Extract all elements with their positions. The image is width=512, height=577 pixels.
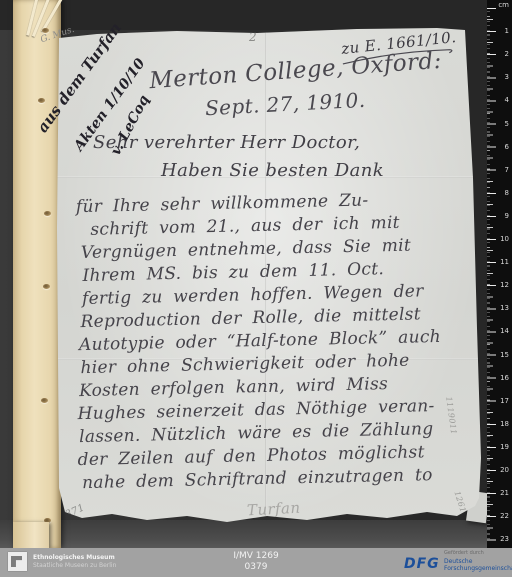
stitch-hole xyxy=(38,98,45,103)
shelfmark-block: I/MV 1269 0379 xyxy=(176,551,336,572)
scan-page-number: 0379 xyxy=(176,562,336,572)
museum-logo-icon xyxy=(8,552,27,571)
stitch-hole xyxy=(41,398,48,403)
museum-name: Ethnologisches Museum xyxy=(33,554,116,562)
edge-number-corner: 1261 xyxy=(452,490,467,514)
ruler-cm-label: 14 xyxy=(500,327,509,335)
funder-pretext: Gefördert durch xyxy=(444,550,484,556)
footer-bar: Ethnologisches Museum Staatliche Museen … xyxy=(0,548,512,577)
ruler-cm-label: 6 xyxy=(505,143,509,151)
ruler-cm-label: 23 xyxy=(500,535,509,543)
stitch-hole xyxy=(43,284,50,289)
ruler-unit-label: cm xyxy=(498,1,509,9)
ruler-cm-label: 15 xyxy=(500,351,509,359)
ruler-cm-label: 10 xyxy=(500,235,509,243)
stitch-hole xyxy=(44,211,51,216)
dfg-logo: DFG xyxy=(404,556,440,572)
opening-line: Haben Sie besten Dank xyxy=(161,160,384,181)
letterhead-place: Merton College, Oxford: xyxy=(148,48,442,94)
ruler-cm-label: 12 xyxy=(500,281,509,289)
letterhead-date: Sept. 27, 1910. xyxy=(204,88,366,120)
file-binding-edge xyxy=(13,0,61,548)
folio-number: 371 xyxy=(64,502,87,521)
ruler-cm-label: 8 xyxy=(505,189,509,197)
museum-parent-org: Staatliche Museen zu Berlin xyxy=(33,562,116,570)
ruler-cm-label: 19 xyxy=(500,443,509,451)
ruler-cm-label: 4 xyxy=(505,96,509,104)
ruler-cm-label: 20 xyxy=(500,466,509,474)
ruler-cm-label: 17 xyxy=(500,397,509,405)
cm-ruler: cm 1234567891011121314151617181920212223 xyxy=(487,0,512,548)
ruler-cm-label: 21 xyxy=(500,489,509,497)
funder-name-line1: Deutsche xyxy=(444,558,472,565)
ruler-cm-label: 7 xyxy=(505,166,509,174)
file-edge-tab xyxy=(13,522,49,548)
ruler-cm-label: 2 xyxy=(505,50,509,58)
archive-scan-viewer: 2 zu E. 1661/10. Merton College, Oxford:… xyxy=(0,0,512,577)
letter-page: 2 zu E. 1661/10. Merton College, Oxford:… xyxy=(57,28,481,522)
museum-logo-glyph xyxy=(11,556,22,567)
shelfmark: I/MV 1269 xyxy=(176,551,336,561)
funder-name-line2: Forschungsgemeinschaft xyxy=(444,565,512,572)
ruler-cm-label: 18 xyxy=(500,420,509,428)
ruler-cm-label: 3 xyxy=(505,73,509,81)
backdrop-top xyxy=(0,0,512,30)
museum-branding: Ethnologisches Museum Staatliche Museen … xyxy=(8,552,116,571)
letter-body: für Ihre sehr willkommene Zu- schrift vo… xyxy=(76,188,445,495)
ruler-ticks xyxy=(487,8,512,541)
ruler-cm-label: 16 xyxy=(500,374,509,382)
edge-number-right: 1119011 xyxy=(444,396,458,435)
ruler-cm-label: 11 xyxy=(500,258,509,266)
page-number-pencil: 2 xyxy=(249,30,257,44)
ruler-cm-label: 1 xyxy=(505,27,509,35)
ruler-cm-label: 5 xyxy=(505,120,509,128)
ruler-cm-label: 22 xyxy=(500,512,509,520)
ruler-cm-label: 9 xyxy=(505,212,509,220)
salutation: Sehr verehrter Herr Doctor, xyxy=(93,132,360,153)
pencil-note-turfan: Turfan xyxy=(247,499,301,520)
ruler-cm-label: 13 xyxy=(500,304,509,312)
stitch-hole xyxy=(42,28,49,33)
backdrop-bottom xyxy=(0,520,512,548)
